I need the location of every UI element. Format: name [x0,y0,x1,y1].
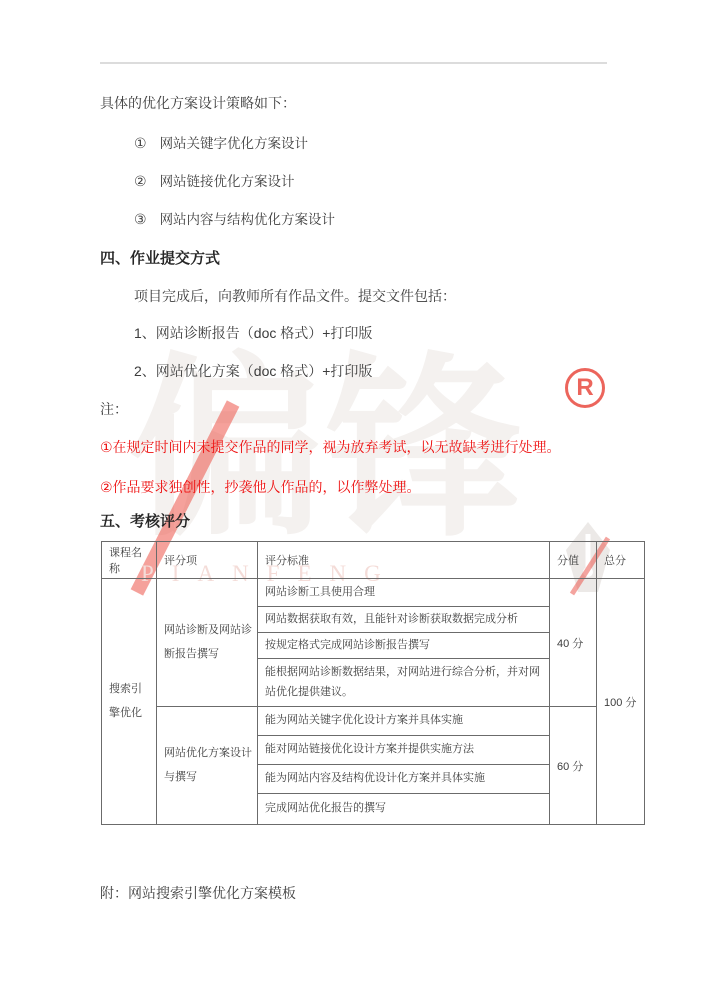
registered-trademark-icon: R [565,368,605,408]
section4-item-1: 1、网站诊断报告（doc 格式）+打印版 [134,323,372,343]
item-cell: 网站诊断及网站诊断报告撰写 [157,579,258,707]
list-item-text: 网站关键字优化方案设计 [160,136,309,151]
criteria-cell: 网站数据获取有效，且能针对诊断获取数据完成分析 [258,607,550,633]
table-row: 网站优化方案设计与撰写 能为网站关键字优化设计方案并具体实施 60 分 [102,707,645,736]
list-item: ③网站内容与结构优化方案设计 [134,208,335,228]
col-header-score: 分值 [550,542,597,579]
list-item-text: 网站链接优化方案设计 [160,174,295,189]
criteria-cell: 完成网站优化报告的撰写 [258,794,550,825]
criteria-cell: 网站诊断工具使用合理 [258,579,550,607]
col-header-course: 课程名称 [102,542,157,579]
intro-line: 具体的优化方案设计策略如下： [100,93,296,113]
criteria-cell: 按规定格式完成网站诊断报告撰写 [258,633,550,659]
note-warning-1: ①在规定时间内未提交作品的同学，视为放弃考试，以无故缺考进行处理。 [100,437,561,457]
appendix-line: 附：网站搜索引擎优化方案模板 [100,883,296,903]
criteria-cell: 能为网站关键字优化设计方案并具体实施 [258,707,550,736]
list-item: ②网站链接优化方案设计 [134,170,295,190]
note-label: 注： [100,399,128,419]
table-row: 搜索引擎优化 网站诊断及网站诊断报告撰写 网站诊断工具使用合理 40 分 100… [102,579,645,607]
section-heading-5: 五、考核评分 [100,510,190,531]
section4-item-2: 2、网站优化方案（doc 格式）+打印版 [134,361,372,381]
section4-paragraph: 项目完成后，向教师所有作品文件。提交文件包括： [134,286,456,306]
col-header-item: 评分项 [157,542,258,579]
circled-number-icon: ③ [134,211,147,228]
criteria-cell: 能为网站内容及结构优设计化方案并具体实施 [258,765,550,794]
score-cell: 60 分 [550,707,597,825]
list-item: ①网站关键字优化方案设计 [134,132,308,152]
total-score-cell: 100 分 [597,579,645,825]
score-cell: 40 分 [550,579,597,707]
col-header-total: 总分 [597,542,645,579]
item-cell: 网站优化方案设计与撰写 [157,707,258,825]
course-name-cell: 搜索引擎优化 [102,579,157,825]
col-header-criteria: 评分标准 [258,542,550,579]
circled-number-icon: ① [134,135,147,152]
section-heading-4: 四、作业提交方式 [100,247,220,268]
circled-number-icon: ② [134,173,147,190]
list-item-text: 网站内容与结构优化方案设计 [160,212,336,227]
criteria-cell: 能根据网站诊断数据结果，对网站进行综合分析，并对网站优化提供建议。 [258,659,550,707]
table-header-row: 课程名称 评分项 评分标准 分值 总分 [102,542,645,579]
criteria-cell: 能对网站链接优化设计方案并提供实施方法 [258,736,550,765]
header-divider [100,62,607,64]
note-warning-2: ②作品要求独创性，抄袭他人作品的，以作弊处理。 [100,477,421,497]
score-table: 课程名称 评分项 评分标准 分值 总分 搜索引擎优化 网站诊断及网站诊断报告撰写… [101,541,645,825]
